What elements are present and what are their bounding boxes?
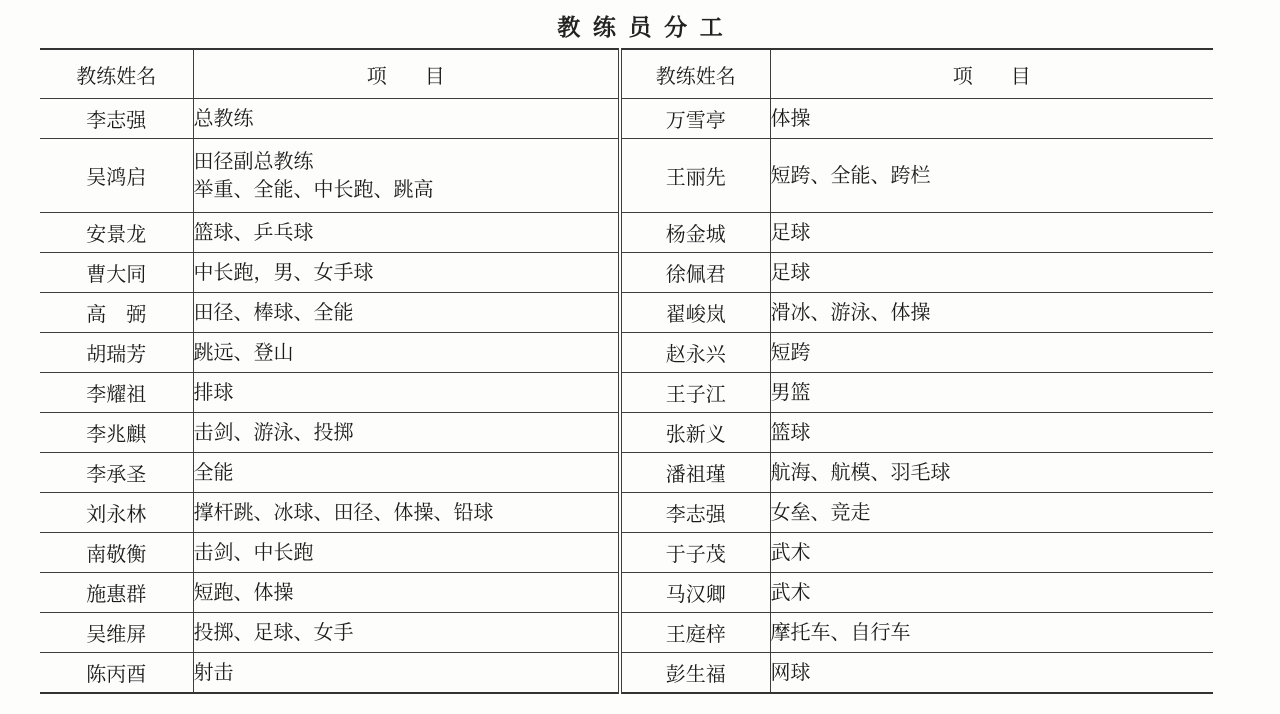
project-cell: 篮球 <box>770 413 1213 453</box>
coach-name-cell: 杨金城 <box>620 213 770 253</box>
project-cell: 跳远、登山 <box>193 333 620 373</box>
header-project-left: 项目 <box>193 49 620 99</box>
coach-name-cell: 赵永兴 <box>620 333 770 373</box>
table-row: 高 弼 田径、棒球、全能 翟峻岚 滑冰、游泳、体操 <box>40 293 1213 333</box>
coach-name-cell: 王丽先 <box>620 139 770 213</box>
header-project-left-text: 项目 <box>367 66 483 88</box>
header-coach-name-left: 教练姓名 <box>40 49 193 99</box>
table-row: 李承圣 全能 潘祖瑾 航海、航模、羽毛球 <box>40 453 1213 493</box>
coach-name-cell: 李耀祖 <box>40 373 193 413</box>
project-cell: 航海、航模、羽毛球 <box>770 453 1213 493</box>
project-cell: 投掷、足球、女手 <box>193 613 620 653</box>
coach-name-cell: 刘永林 <box>40 493 193 533</box>
project-cell: 田径副总教练 举重、全能、中长跑、跳高 <box>193 139 620 213</box>
coach-name-cell: 潘祖瑾 <box>620 453 770 493</box>
project-cell: 短跨、全能、跨栏 <box>770 139 1213 213</box>
page-title-text: 教练员分工 <box>557 14 735 40</box>
header-coach-name-right: 教练姓名 <box>620 49 770 99</box>
project-cell: 滑冰、游泳、体操 <box>770 293 1213 333</box>
project-cell: 体操 <box>770 99 1213 139</box>
table-row: 施惠群 短跑、体操 马汉卿 武术 <box>40 573 1213 613</box>
coach-name-cell: 王庭梓 <box>620 613 770 653</box>
coach-name-cell: 彭生福 <box>620 653 770 694</box>
coach-name-cell: 翟峻岚 <box>620 293 770 333</box>
project-cell: 足球 <box>770 213 1213 253</box>
table-row: 吴维屏 投掷、足球、女手 王庭梓 摩托车、自行车 <box>40 613 1213 653</box>
project-cell: 撑杆跳、冰球、田径、体操、铅球 <box>193 493 620 533</box>
coach-name-cell: 吴鸿启 <box>40 139 193 213</box>
table-header-row: 教练姓名 项目 教练姓名 项目 <box>40 49 1213 99</box>
project-cell: 篮球、乒乓球 <box>193 213 620 253</box>
project-cell: 足球 <box>770 253 1213 293</box>
coach-name-cell: 王子江 <box>620 373 770 413</box>
header-project-right-text: 项目 <box>953 66 1069 88</box>
project-cell: 中长跑，男、女手球 <box>193 253 620 293</box>
coach-name-cell: 吴维屏 <box>40 613 193 653</box>
project-cell: 田径、棒球、全能 <box>193 293 620 333</box>
project-cell: 射击 <box>193 653 620 694</box>
project-cell: 短跨 <box>770 333 1213 373</box>
table-row: 刘永林 撑杆跳、冰球、田径、体操、铅球 李志强 女垒、竞走 <box>40 493 1213 533</box>
project-cell: 击剑、中长跑 <box>193 533 620 573</box>
coach-name-cell: 施惠群 <box>40 573 193 613</box>
table-row: 李耀祖 排球 王子江 男篮 <box>40 373 1213 413</box>
coach-name-cell: 李志强 <box>620 493 770 533</box>
page-title: 教练员分工 <box>0 0 1280 42</box>
project-cell: 男篮 <box>770 373 1213 413</box>
coach-name-cell: 安景龙 <box>40 213 193 253</box>
coach-name-cell: 李承圣 <box>40 453 193 493</box>
project-cell: 击剑、游泳、投掷 <box>193 413 620 453</box>
project-cell: 摩托车、自行车 <box>770 613 1213 653</box>
table-row: 陈丙酉 射击 彭生福 网球 <box>40 653 1213 694</box>
table-row: 南敬衡 击剑、中长跑 于子茂 武术 <box>40 533 1213 573</box>
scanned-document-page: 教练员分工 教练姓名 项目 教练姓名 项目 李志强 总教练 万雪亭 体操 吴鸿启… <box>0 0 1280 714</box>
project-cell: 短跑、体操 <box>193 573 620 613</box>
table-row: 李兆麒 击剑、游泳、投掷 张新义 篮球 <box>40 413 1213 453</box>
coach-name-cell: 马汉卿 <box>620 573 770 613</box>
table-row: 胡瑞芳 跳远、登山 赵永兴 短跨 <box>40 333 1213 373</box>
coach-assignment-table: 教练姓名 项目 教练姓名 项目 李志强 总教练 万雪亭 体操 吴鸿启 田径副总教… <box>40 48 1213 694</box>
coach-name-cell: 胡瑞芳 <box>40 333 193 373</box>
project-cell: 全能 <box>193 453 620 493</box>
header-project-right: 项目 <box>770 49 1213 99</box>
project-cell: 武术 <box>770 573 1213 613</box>
coach-name-cell: 于子茂 <box>620 533 770 573</box>
project-cell: 女垒、竞走 <box>770 493 1213 533</box>
coach-name-cell: 曹大同 <box>40 253 193 293</box>
project-cell: 总教练 <box>193 99 620 139</box>
table-row: 曹大同 中长跑，男、女手球 徐佩君 足球 <box>40 253 1213 293</box>
project-cell: 网球 <box>770 653 1213 694</box>
table-row: 安景龙 篮球、乒乓球 杨金城 足球 <box>40 213 1213 253</box>
coach-name-cell: 万雪亭 <box>620 99 770 139</box>
project-cell: 武术 <box>770 533 1213 573</box>
coach-name-cell: 李兆麒 <box>40 413 193 453</box>
coach-name-cell: 徐佩君 <box>620 253 770 293</box>
coach-name-cell: 陈丙酉 <box>40 653 193 694</box>
coach-name-cell: 李志强 <box>40 99 193 139</box>
table-row: 李志强 总教练 万雪亭 体操 <box>40 99 1213 139</box>
table-row: 吴鸿启 田径副总教练 举重、全能、中长跑、跳高 王丽先 短跨、全能、跨栏 <box>40 139 1213 213</box>
coach-name-cell: 张新义 <box>620 413 770 453</box>
coach-name-cell: 高 弼 <box>40 293 193 333</box>
project-cell: 排球 <box>193 373 620 413</box>
coach-name-cell: 南敬衡 <box>40 533 193 573</box>
